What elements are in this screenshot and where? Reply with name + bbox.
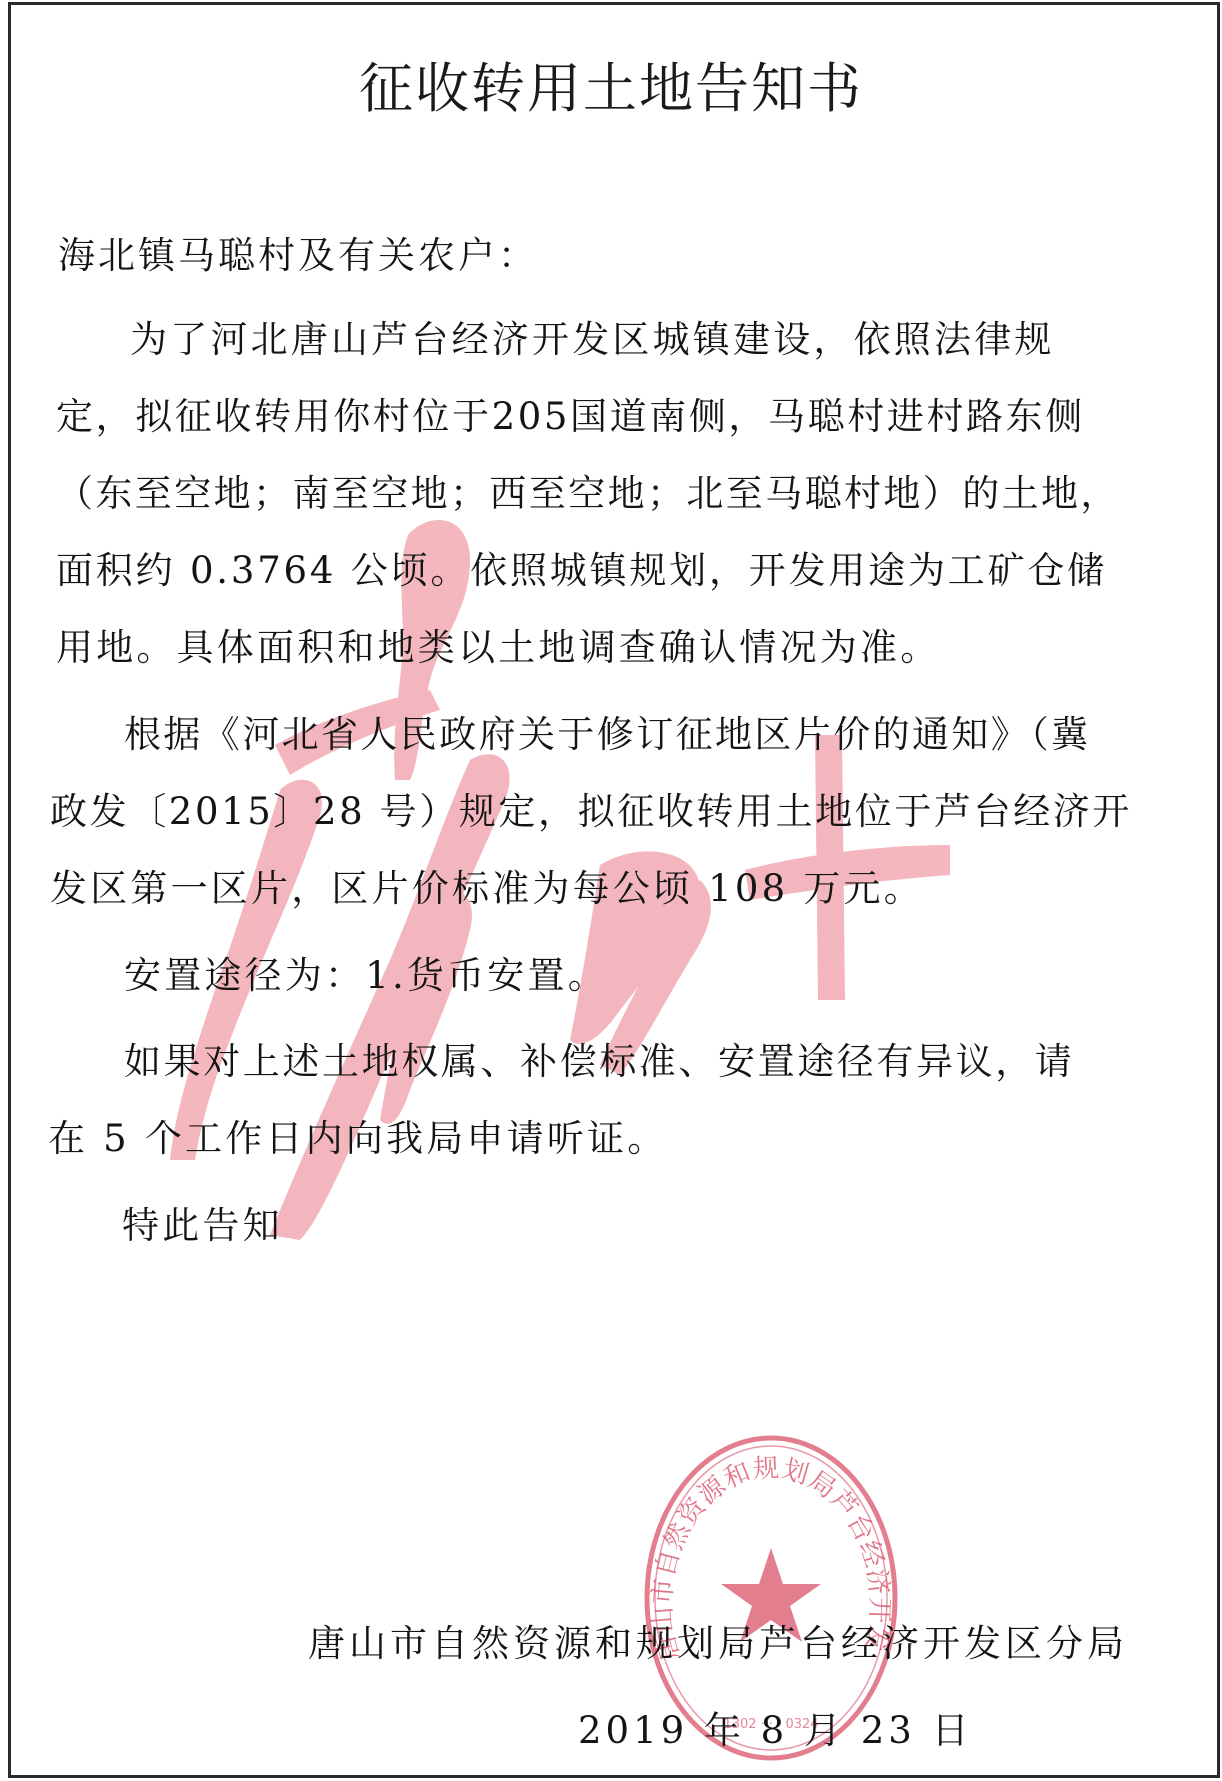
salutation: 海北镇马聪村及有关农户： [58, 234, 538, 278]
paragraph-line: 如果对上述土地权属、补偿标准、安置途径有异议，请 [124, 1040, 1074, 1084]
closing-remark: 特此告知 [122, 1204, 283, 1248]
paragraph-line: 为了河北唐山芦台经济开发区城镇建设，依照法律规 [130, 318, 1055, 362]
land-expropriation-notice: 征收转用土地告知书 海北镇马聪村及有关农户： 为了河北唐山芦台经济开发区城镇建设… [0, 0, 1222, 1781]
paragraph-line: （东至空地；南至空地；西至空地；北至马聪村地）的土地， [56, 472, 1120, 516]
issuing-organization: 唐山市自然资源和规划局芦台经济开发区分局 [308, 1613, 1128, 1667]
paragraph-line: 发区第一区片，区片价标准为每公顷 108 万元。 [50, 867, 924, 911]
paragraph-line: 定，拟征收转用你村位于205国道南侧，马聪村进村路东侧 [56, 395, 1085, 439]
paragraph-line: 面积约 0.3764 公顷。依照城镇规划，开发用途为工矿仓储 [56, 549, 1107, 593]
paragraph-line: 在 5 个工作日内向我局申请听证。 [48, 1117, 667, 1161]
paragraph-line: 用地。具体面积和地类以土地调查确认情况为准。 [56, 626, 940, 670]
issue-date: 2019 年 8 月 23 日 [578, 1700, 973, 1754]
paragraph-line: 安置途径为：1.货币安置。 [124, 954, 608, 998]
document-title: 征收转用土地告知书 [0, 46, 1222, 123]
paragraph-line: 政发〔2015〕28 号）规定，拟征收转用土地位于芦台经济开 [50, 790, 1132, 834]
paragraph-line: 根据《河北省人民政府关于修订征地区片价的通知》（冀 [124, 713, 1091, 757]
